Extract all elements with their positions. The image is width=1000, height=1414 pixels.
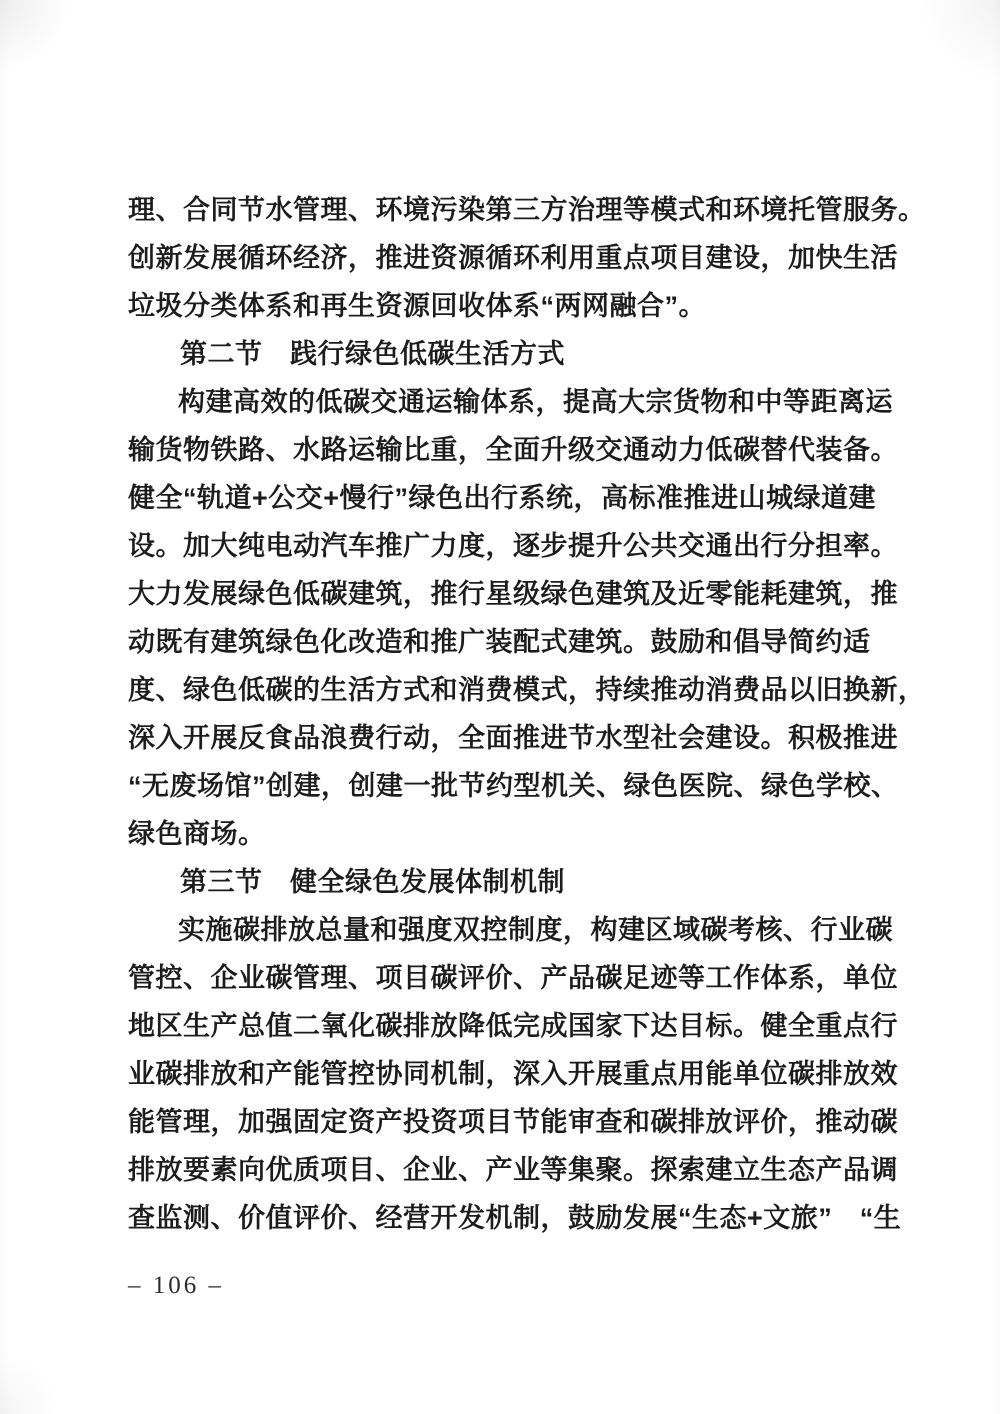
text-line: 创新发展循环经济，推进资源循环利用重点项目建设，加快生活: [128, 234, 880, 282]
text-line: 查监测、价值评价、经营开发机制，鼓励发展“生态+文旅” “生: [128, 1194, 880, 1242]
document-page: 理、合同节水管理、环境污染第三方治理等模式和环境托管服务。 创新发展循环经济，推…: [0, 0, 1000, 1414]
text-line: 动既有建筑绿色化改造和推广装配式建筑。鼓励和倡导简约适: [128, 618, 880, 666]
text-line: 能管理，加强固定资产投资项目节能审查和碳排放评价，推动碳: [128, 1098, 880, 1146]
text-line: 排放要素向优质项目、企业、产业等集聚。探索建立生态产品调: [128, 1146, 880, 1194]
text-line: 管控、企业碳管理、项目碳评价、产品碳足迹等工作体系，单位: [128, 954, 880, 1002]
text-line: 深入开展反食品浪费行动，全面推进节水型社会建设。积极推进: [128, 714, 880, 762]
text-line: 绿色商场。: [128, 810, 880, 858]
text-line: “无废场馆”创建，创建一批节约型机关、绿色医院、绿色学校、: [128, 762, 880, 810]
section-heading: 第三节 健全绿色发展体制机制: [128, 858, 880, 906]
text-line: 理、合同节水管理、环境污染第三方治理等模式和环境托管服务。: [128, 186, 880, 234]
text-line: 设。加大纯电动汽车推广力度，逐步提升公共交通出行分担率。: [128, 522, 880, 570]
page-number: – 106 –: [128, 1272, 224, 1300]
section-heading: 第二节 践行绿色低碳生活方式: [128, 330, 880, 378]
text-line: 垃圾分类体系和再生资源回收体系“两网融合”。: [128, 282, 880, 330]
text-line: 构建高效的低碳交通运输体系，提高大宗货物和中等距离运: [128, 378, 880, 426]
text-line: 实施碳排放总量和强度双控制度，构建区域碳考核、行业碳: [128, 906, 880, 954]
text-line: 度、绿色低碳的生活方式和消费模式，持续推动消费品以旧换新，: [128, 666, 880, 714]
text-block: 理、合同节水管理、环境污染第三方治理等模式和环境托管服务。 创新发展循环经济，推…: [128, 186, 880, 1242]
text-line: 业碳排放和产能管控协同机制，深入开展重点用能单位碳排放效: [128, 1050, 880, 1098]
text-line: 健全“轨道+公交+慢行”绿色出行系统，高标准推进山城绿道建: [128, 474, 880, 522]
text-line: 地区生产总值二氧化碳排放降低完成国家下达目标。健全重点行: [128, 1002, 880, 1050]
text-line: 输货物铁路、水路运输比重，全面升级交通动力低碳替代装备。: [128, 426, 880, 474]
text-line: 大力发展绿色低碳建筑，推行星级绿色建筑及近零能耗建筑，推: [128, 570, 880, 618]
